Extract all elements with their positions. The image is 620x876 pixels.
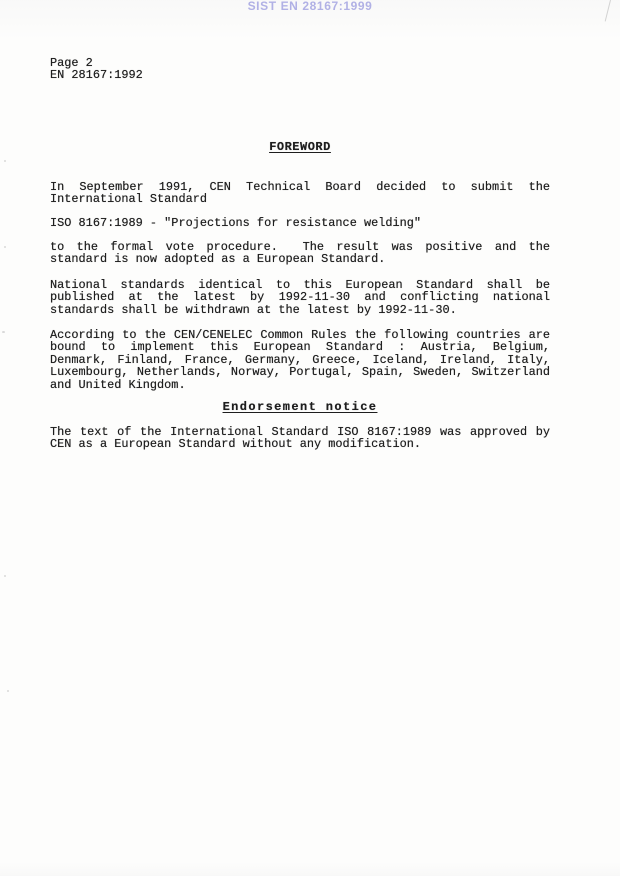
foreword-paragraph-1: In September 1991, CEN Technical Board d… xyxy=(50,181,550,206)
foreword-paragraph-4: National standards identical to this Eur… xyxy=(50,279,550,316)
text-line: bound to implement this European Standar… xyxy=(50,341,550,353)
endorsement-paragraph-1: The text of the International Standard I… xyxy=(50,426,550,451)
scan-artifact-speck xyxy=(2,331,5,333)
scan-artifact-speck xyxy=(4,246,6,248)
text-line: In September 1991, CEN Technical Board d… xyxy=(50,181,550,193)
watermark-text: SIST EN 28167:1999 xyxy=(0,0,620,13)
text-line: to the formal vote procedure. The result… xyxy=(50,241,550,253)
text-line: National standards identical to this Eur… xyxy=(50,279,550,291)
text-line: CEN as a European Standard without any m… xyxy=(50,438,550,450)
text-line: ISO 8167:1989 - "Projections for resista… xyxy=(50,217,550,229)
foreword-paragraph-2: ISO 8167:1989 - "Projections for resista… xyxy=(50,217,550,229)
scan-artifact-speck xyxy=(4,575,6,577)
text-line: Luxembourg, Netherlands, Norway, Portuga… xyxy=(50,366,550,378)
foreword-paragraph-3: to the formal vote procedure. The result… xyxy=(50,241,550,266)
page-header: Page 2 EN 28167:1992 xyxy=(50,57,143,82)
text-line: Denmark, Finland, France, Germany, Greec… xyxy=(50,354,550,366)
document-page: SIST EN 28167:1999 Page 2 EN 28167:1992 … xyxy=(0,0,620,876)
scan-artifact-speck xyxy=(4,160,6,162)
standard-ref-label: EN 28167:1992 xyxy=(50,69,143,81)
endorsement-title: Endorsement notice xyxy=(50,401,550,413)
text-line: published at the latest by 1992-11-30 an… xyxy=(50,291,550,303)
text-line: standard is now adopted as a European St… xyxy=(50,253,550,265)
text-line: standards shall be withdrawn at the late… xyxy=(50,304,550,316)
text-line: The text of the International Standard I… xyxy=(50,426,550,438)
text-line: and United Kingdom. xyxy=(50,379,550,391)
scan-artifact-speck xyxy=(7,690,9,692)
text-line: According to the CEN/CENELEC Common Rule… xyxy=(50,329,550,341)
foreword-paragraph-5: According to the CEN/CENELEC Common Rule… xyxy=(50,329,550,391)
foreword-title: FOREWORD xyxy=(50,141,550,153)
text-line: International Standard xyxy=(50,193,550,205)
